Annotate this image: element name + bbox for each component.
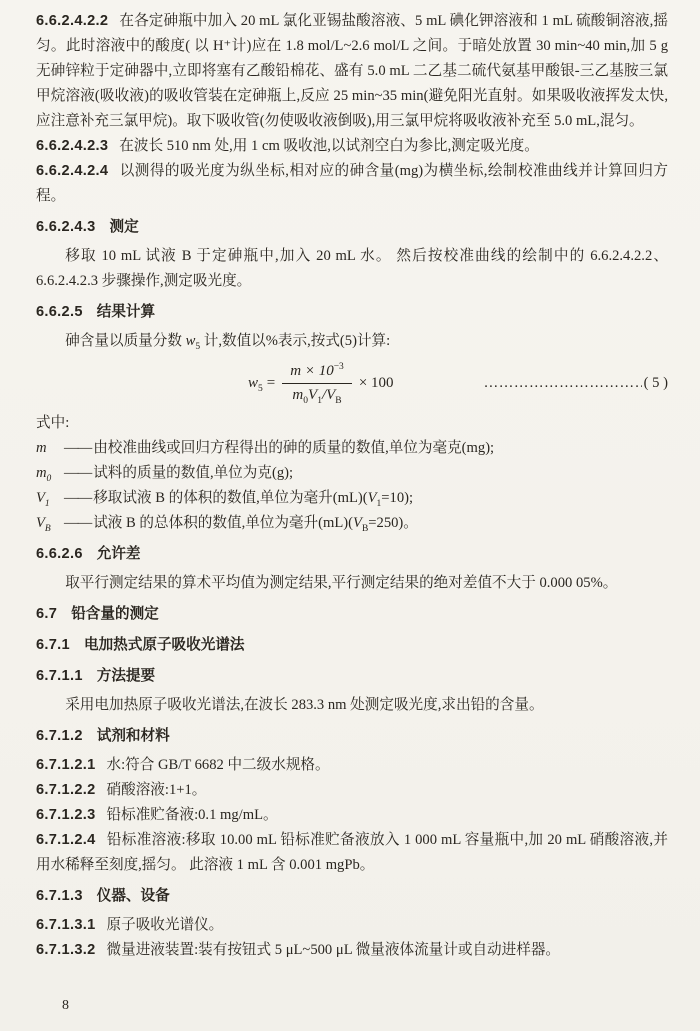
clause-text: 水:符合 GB/T 6682 中二级水规格。 — [107, 757, 330, 773]
heading-title: 方法提要 — [97, 668, 155, 684]
clause-text: 铅标准贮备液:0.1 mg/mL。 — [107, 807, 278, 823]
definition-text: 移取试液 B 的体积的数值,单位为毫升(mL)(V1=10); — [93, 486, 413, 511]
clause-number: 6.7.1.2.3 — [36, 807, 96, 823]
symbol-term: V1 — [36, 486, 62, 511]
definition-text: 试液 B 的总体积的数值,单位为毫升(mL)(VB=250)。 — [93, 511, 418, 536]
clause-6-7-1-3-1: 6.7.1.3.1原子吸收光谱仪。 — [36, 913, 668, 938]
numerator: m × 10−3 — [282, 362, 352, 384]
heading-title: 测定 — [110, 219, 139, 235]
section-heading-6-6-2-5: 6.6.2.5结果计算 — [36, 300, 668, 325]
equals-sign: = — [267, 371, 275, 396]
denominator: m0V1/VB — [284, 384, 349, 405]
symbol-definition-vb: VB —— 试液 B 的总体积的数值,单位为毫升(mL)(VB=250)。 — [36, 511, 668, 536]
symbol-term: VB — [36, 511, 62, 536]
clause-6-7-1-2-3: 6.7.1.2.3铅标准贮备液:0.1 mg/mL。 — [36, 803, 668, 828]
paragraph-text: 计,数值以%表示,按式(5)计算: — [200, 333, 390, 349]
clause-text: 原子吸收光谱仪。 — [107, 917, 224, 933]
clause-6-7-1-3-2: 6.7.1.3.2微量进液装置:装有按钮式 5 μL~500 μL 微量液体流量… — [36, 938, 668, 963]
heading-number: 6.7 — [36, 606, 57, 622]
clause-number: 6.7.1.2.1 — [36, 757, 96, 773]
heading-number: 6.6.2.5 — [36, 304, 83, 320]
heading-number: 6.6.2.6 — [36, 546, 83, 562]
clause-number: 6.7.1.2.4 — [36, 832, 96, 848]
definition-text: 由校准曲线或回归方程得出的砷的质量的数值,单位为毫克(mg); — [93, 436, 494, 461]
section-heading-6-7-1-3: 6.7.1.3仪器、设备 — [36, 884, 668, 909]
where-label: 式中: — [36, 411, 668, 436]
section-heading-6-7-1-2: 6.7.1.2试剂和材料 — [36, 724, 668, 749]
clause-text: 铅标准溶液:移取 10.00 mL 铅标准贮备液放入 1 000 mL 容量瓶中… — [36, 832, 668, 873]
clause-number: 6.6.2.4.2.2 — [36, 13, 108, 29]
clause-number: 6.6.2.4.2.4 — [36, 163, 108, 179]
definition-dash: —— — [64, 436, 91, 461]
clause-6-7-1-2-4: 6.7.1.2.4铅标准溶液:移取 10.00 mL 铅标准贮备液放入 1 00… — [36, 828, 668, 878]
heading-number: 6.6.2.4.3 — [36, 219, 96, 235]
heading-number: 6.7.1.3 — [36, 888, 83, 904]
heading-title: 铅含量的测定 — [71, 606, 159, 622]
symbol-definition-m0: m0 —— 试料的质量的数值,单位为克(g); — [36, 461, 668, 486]
clause-number: 6.7.1.3.2 — [36, 942, 96, 958]
variable-w: w — [186, 333, 196, 349]
clause-number: 6.7.1.2.2 — [36, 782, 96, 798]
clause-number: 6.7.1.3.1 — [36, 917, 96, 933]
section-heading-6-7: 6.7铅含量的测定 — [36, 602, 668, 627]
heading-title: 允许差 — [97, 546, 141, 562]
heading-number: 6.7.1.2 — [36, 728, 83, 744]
fraction: m × 10−3 m0V1/VB — [282, 362, 352, 405]
clause-number: 6.6.2.4.2.3 — [36, 138, 108, 154]
symbol-term: m0 — [36, 461, 62, 486]
formula-lhs: w5 — [248, 371, 263, 396]
equation-number: ( 5 ) — [644, 371, 668, 396]
heading-title: 结果计算 — [97, 304, 155, 320]
clause-6-6-2-4-2-3: 6.6.2.4.2.3在波长 510 nm 处,用 1 cm 吸收池,以试剂空白… — [36, 134, 668, 159]
definition-dash: —— — [64, 486, 91, 511]
paragraph-text: 砷含量以质量分数 — [65, 333, 185, 349]
definition-dash: —— — [64, 461, 91, 486]
formula-expression: w5 = m × 10−3 m0V1/VB × 100 — [248, 362, 394, 405]
clause-text: 在波长 510 nm 处,用 1 cm 吸收池,以试剂空白为参比,测定吸光度。 — [119, 138, 539, 154]
document-page: 6.6.2.4.2.2在各定砷瓶中加入 20 mL 氯化亚锡盐酸溶液、5 mL … — [0, 0, 700, 1031]
clause-text: 硝酸溶液:1+1。 — [107, 782, 207, 798]
symbol-definition-v1: V1 —— 移取试液 B 的体积的数值,单位为毫升(mL)(V1=10); — [36, 486, 668, 511]
clause-6-6-2-4-2-4: 6.6.2.4.2.4以测得的吸光度为纵坐标,相对应的砷含量(mg)为横坐标,绘… — [36, 159, 668, 209]
section-heading-6-6-2-4-3: 6.6.2.4.3测定 — [36, 215, 668, 240]
clause-6-7-1-2-2: 6.7.1.2.2硝酸溶液:1+1。 — [36, 778, 668, 803]
heading-title: 试剂和材料 — [97, 728, 170, 744]
section-heading-6-6-2-6: 6.6.2.6允许差 — [36, 542, 668, 567]
heading-number: 6.7.1 — [36, 637, 70, 653]
clause-text: 微量进液装置:装有按钮式 5 μL~500 μL 微量液体流量计或自动进样器。 — [107, 942, 561, 958]
definition-dash: —— — [64, 511, 91, 536]
symbol-definition-m: m —— 由校准曲线或回归方程得出的砷的质量的数值,单位为毫克(mg); — [36, 436, 668, 461]
page-number: 8 — [62, 993, 69, 1018]
definition-text: 试料的质量的数值,单位为克(g); — [93, 461, 293, 486]
clause-6-6-2-4-2-2: 6.6.2.4.2.2在各定砷瓶中加入 20 mL 氯化亚锡盐酸溶液、5 mL … — [36, 9, 668, 134]
symbol-term: m — [36, 436, 62, 461]
section-heading-6-7-1-1: 6.7.1.1方法提要 — [36, 664, 668, 689]
heading-title: 仪器、设备 — [97, 888, 170, 904]
heading-number: 6.7.1.1 — [36, 668, 83, 684]
paragraph-method-summary: 采用电加热原子吸收光谱法,在波长 283.3 nm 处测定吸光度,求出铅的含量。 — [36, 693, 668, 718]
clause-text: 在各定砷瓶中加入 20 mL 氯化亚锡盐酸溶液、5 mL 碘化钾溶液和 1 mL… — [36, 13, 668, 129]
formula-dot-leader: …………………………… — [484, 371, 642, 396]
paragraph-result-intro: 砷含量以质量分数 w5 计,数值以%表示,按式(5)计算: — [36, 329, 668, 354]
formula-5: w5 = m × 10−3 m0V1/VB × 100 …………………………… … — [36, 358, 668, 408]
paragraph-tolerance: 取平行测定结果的算术平均值为测定结果,平行测定结果的绝对差值不大于 0.000 … — [36, 571, 668, 596]
paragraph-determination: 移取 10 mL 试液 B 于定砷瓶中,加入 20 mL 水。 然后按校准曲线的… — [36, 244, 668, 294]
clause-6-7-1-2-1: 6.7.1.2.1水:符合 GB/T 6682 中二级水规格。 — [36, 753, 668, 778]
section-heading-6-7-1: 6.7.1电加热式原子吸收光谱法 — [36, 633, 668, 658]
clause-text: 以测得的吸光度为纵坐标,相对应的砷含量(mg)为横坐标,绘制校准曲线并计算回归方… — [36, 163, 668, 204]
formula-multiplier: × 100 — [359, 371, 394, 396]
heading-title: 电加热式原子吸收光谱法 — [84, 637, 245, 653]
